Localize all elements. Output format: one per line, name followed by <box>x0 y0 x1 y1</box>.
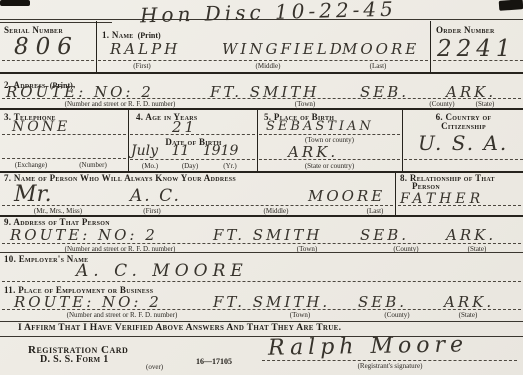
order-number-value: 2241 <box>437 36 516 62</box>
citizenship-value: U. S. A. <box>418 131 508 155</box>
contact-sub-last: (Last) <box>345 207 405 215</box>
write-line <box>259 134 400 135</box>
write-line <box>2 205 393 206</box>
write-line <box>98 60 428 61</box>
employment-sub-town: (Town) <box>265 311 335 319</box>
employment-sub-county: (County) <box>365 311 429 319</box>
write-line <box>2 309 521 310</box>
employer-value: A. C. MOORE <box>76 261 248 281</box>
divider <box>430 21 431 73</box>
divider <box>96 21 97 73</box>
contact-sub-first: (First) <box>122 207 182 215</box>
divider <box>0 321 523 322</box>
contact-sub-middle: (Middle) <box>246 207 306 215</box>
birthplace-sub-state: (State or country) <box>259 162 400 170</box>
citizenship-label-line2: Citizenship <box>404 121 523 131</box>
divider <box>128 110 129 171</box>
dob-value: July 11 1919 <box>131 143 238 159</box>
contact-title-value: Mr. <box>14 182 52 207</box>
address-sub-state: (State) <box>455 100 515 108</box>
write-line <box>433 60 523 61</box>
divider <box>0 108 523 110</box>
print-code: 16—17105 <box>196 357 232 366</box>
write-line <box>130 159 255 160</box>
dob-sub-month: (Mo.) <box>132 162 168 170</box>
write-line <box>2 281 521 282</box>
employment-sub-state: (State) <box>438 311 498 319</box>
name-label-text: 1. Name <box>102 30 134 40</box>
name-first-value: RALPH <box>110 40 180 58</box>
contact-sub-title: (Mr., Mrs., Miss) <box>18 207 98 215</box>
write-line <box>2 158 126 159</box>
contact-last-value: MOORE <box>308 187 385 205</box>
write-line <box>2 60 94 61</box>
over-note: (over) <box>146 363 163 371</box>
write-line <box>2 134 126 135</box>
form-name: D. S. S. Form 1 <box>40 354 109 365</box>
birthplace-town-value: SEBASTIAN <box>266 119 374 134</box>
contact-address-street-value: ROUTE: NO: 2 <box>10 226 158 244</box>
telephone-sub-number: (Number) <box>64 161 122 169</box>
address-sub-town: (Town) <box>270 100 340 108</box>
divider <box>257 110 258 171</box>
dob-sub-year: (Yr.) <box>212 162 248 170</box>
relationship-label-line2: Person <box>412 181 440 191</box>
name-sub-first: (First) <box>112 62 172 70</box>
scan-artifact <box>499 0 523 11</box>
write-line <box>404 159 523 160</box>
name-sub-last: (Last) <box>348 62 408 70</box>
name-last-value: MOORE <box>342 40 419 58</box>
address-sub-street: (Number and street or R. F. D. number) <box>20 100 220 108</box>
name-sub-middle: (Middle) <box>238 62 298 70</box>
divider <box>0 72 523 74</box>
contact-address-county-value: SEB. <box>360 226 409 244</box>
telephone-value: NONE <box>12 119 70 135</box>
write-line <box>398 205 521 206</box>
contact-first-value: A. C. <box>130 186 181 206</box>
discharge-note: Hon Disc 10-22-45 <box>140 0 397 27</box>
write-line <box>259 159 400 160</box>
divider <box>0 252 523 253</box>
serial-number-value: 806 <box>14 34 79 60</box>
contact-address-state-value: ARK. <box>446 226 496 244</box>
divider <box>402 110 403 171</box>
dob-sub-day: (Day) <box>172 162 208 170</box>
order-number-label: Order Number <box>436 25 495 35</box>
signature-sub-label: (Registrant's signature) <box>325 362 455 370</box>
telephone-sub-exchange: (Exchange) <box>2 161 60 169</box>
affirmation-text: I Affirm That I Have Verified Above Answ… <box>18 323 341 333</box>
write-line <box>2 98 521 99</box>
registration-card: Hon Disc 10-22-45 Serial Number 806 1. N… <box>0 0 523 375</box>
contact-address-town-value: FT. SMITH <box>213 226 322 244</box>
write-line <box>130 134 255 135</box>
name-label-hint: (Print) <box>138 31 161 40</box>
signature-line <box>262 360 517 361</box>
employment-sub-street: (Number and street or R. F. D. number) <box>22 311 222 319</box>
scan-artifact <box>0 0 30 6</box>
write-line <box>2 243 521 244</box>
name-middle-value: WINGFIELD <box>222 40 345 58</box>
registrant-signature: Ralph Moore <box>268 332 468 360</box>
